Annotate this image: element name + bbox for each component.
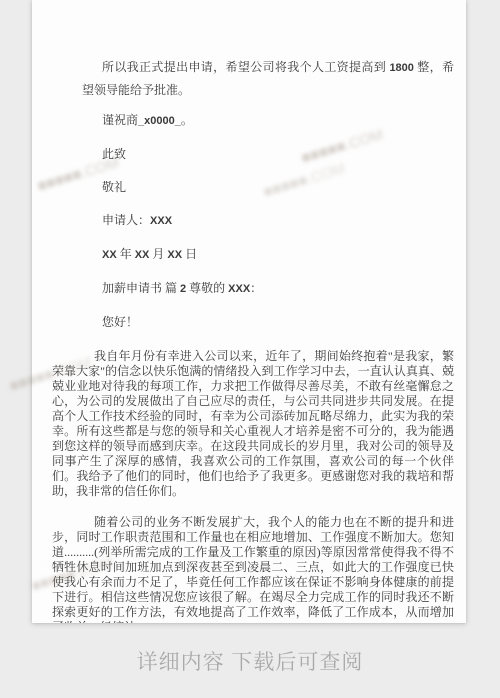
closing-wish-period: 。 (181, 113, 193, 127)
part2-colon: ： (250, 281, 262, 295)
date-year-unit: 年 (117, 247, 135, 261)
salutation-cizhi: 此致 (82, 143, 454, 165)
download-hint-bar[interactable]: 详细内容 下载后可查阅 (0, 623, 500, 698)
part2-heading-mid: 尊敬的 (186, 281, 228, 295)
intro-text-pre: 所以我正式提出申请，希望公司将我个人工资提高到 (102, 60, 389, 74)
body-paragraph-1: 我自年月份有幸进入公司以来，近年了，期间始终抱着"是我家，繁荣靠大家"的信念以快… (52, 349, 454, 499)
download-hint-label[interactable]: 详细内容 下载后可查阅 (137, 646, 364, 676)
applicant-line: 申请人：XXX (82, 209, 454, 232)
salary-amount: 1800 (389, 62, 413, 74)
date-line: XX 年 XX 月 XX 日 (82, 243, 454, 266)
salutation-jingli: 敬礼 (82, 176, 454, 198)
part2-heading: 加薪申请书 篇 2 尊敬的 XXX： (82, 277, 454, 300)
document-preview-screen: { "colors": { "background": "#ececec", "… (0, 0, 500, 698)
closing-wish-line: 谨祝商_x0000_。 (82, 109, 454, 132)
greeting-line: 您好！ (82, 311, 454, 333)
applicant-label: 申请人： (102, 213, 150, 227)
date-day-unit: 日 (182, 247, 197, 261)
closing-wish-text: 谨祝商 (102, 113, 138, 127)
part2-recipient: XXX (228, 283, 250, 295)
part2-heading-title: 加薪申请书 篇 (102, 281, 180, 295)
date-month-unit: 月 (149, 247, 167, 261)
date-month-value: XX (135, 249, 150, 261)
placeholder-code: _x0000_ (138, 115, 181, 127)
date-day-value: XX (167, 249, 182, 261)
body-paragraph-2: 随着公司的业务不断发展扩大，我个人的能力也在不断的提升和进步，同时工作职责范围和… (52, 515, 454, 623)
applicant-name: XXX (150, 215, 172, 227)
date-year-value: XX (102, 249, 117, 261)
document-page: 所以我正式提出申请，希望公司将我个人工资提高到 1800 整，希望领导能给予批准… (32, 0, 466, 623)
intro-paragraph: 所以我正式提出申请，希望公司将我个人工资提高到 1800 整，希望领导能给予批准… (82, 56, 454, 101)
